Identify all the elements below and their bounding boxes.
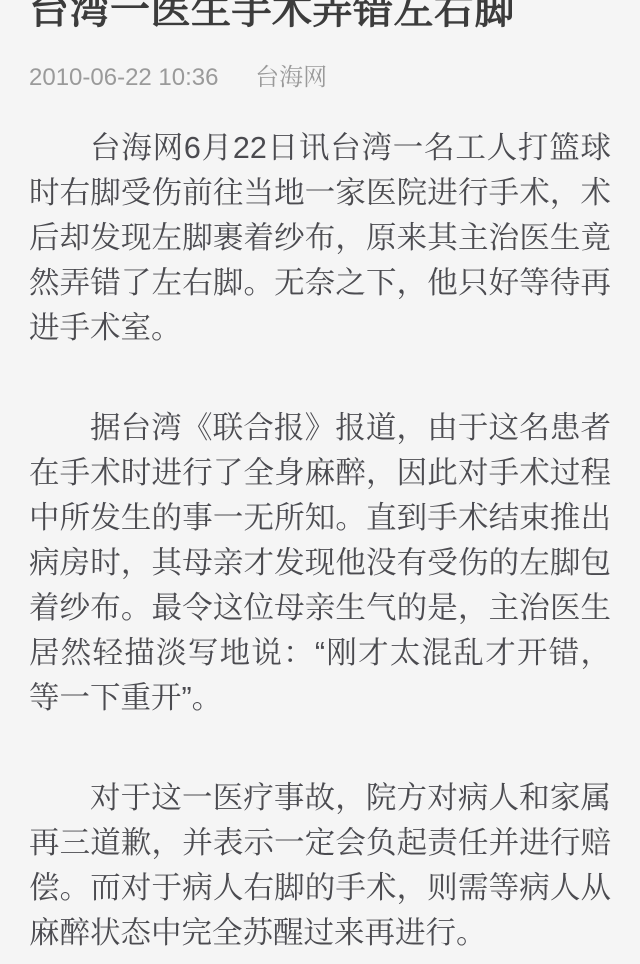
source-name: 台海网	[255, 64, 327, 91]
article-paragraph: 台海网6月22日讯台湾一名工人打篮球时右脚受伤前往当地一家医院进行手术，术后却发…	[29, 126, 611, 351]
article-body: 台海网6月22日讯台湾一名工人打篮球时右脚受伤前往当地一家医院进行手术，术后却发…	[29, 126, 611, 956]
article-scroll-view[interactable]: 台湾一医生手术弄错左右脚 2010-06-22 10:36 台海网 台海网6月2…	[0, 0, 640, 964]
article-paragraph: 对于这一医疗事故，院方对病人和家属再三道歉，并表示一定会负起责任并进行赔偿。而对…	[29, 776, 611, 956]
article-paragraph: 据台湾《联合报》报道，由于这名患者在手术时进行了全身麻醉，因此对手术过程中所发生…	[29, 406, 611, 721]
article-meta: 2010-06-22 10:36 台海网	[29, 66, 611, 90]
publish-date: 2010-06-22 10:36	[29, 64, 219, 91]
article-title: 台湾一医生手术弄错左右脚	[29, 0, 611, 34]
